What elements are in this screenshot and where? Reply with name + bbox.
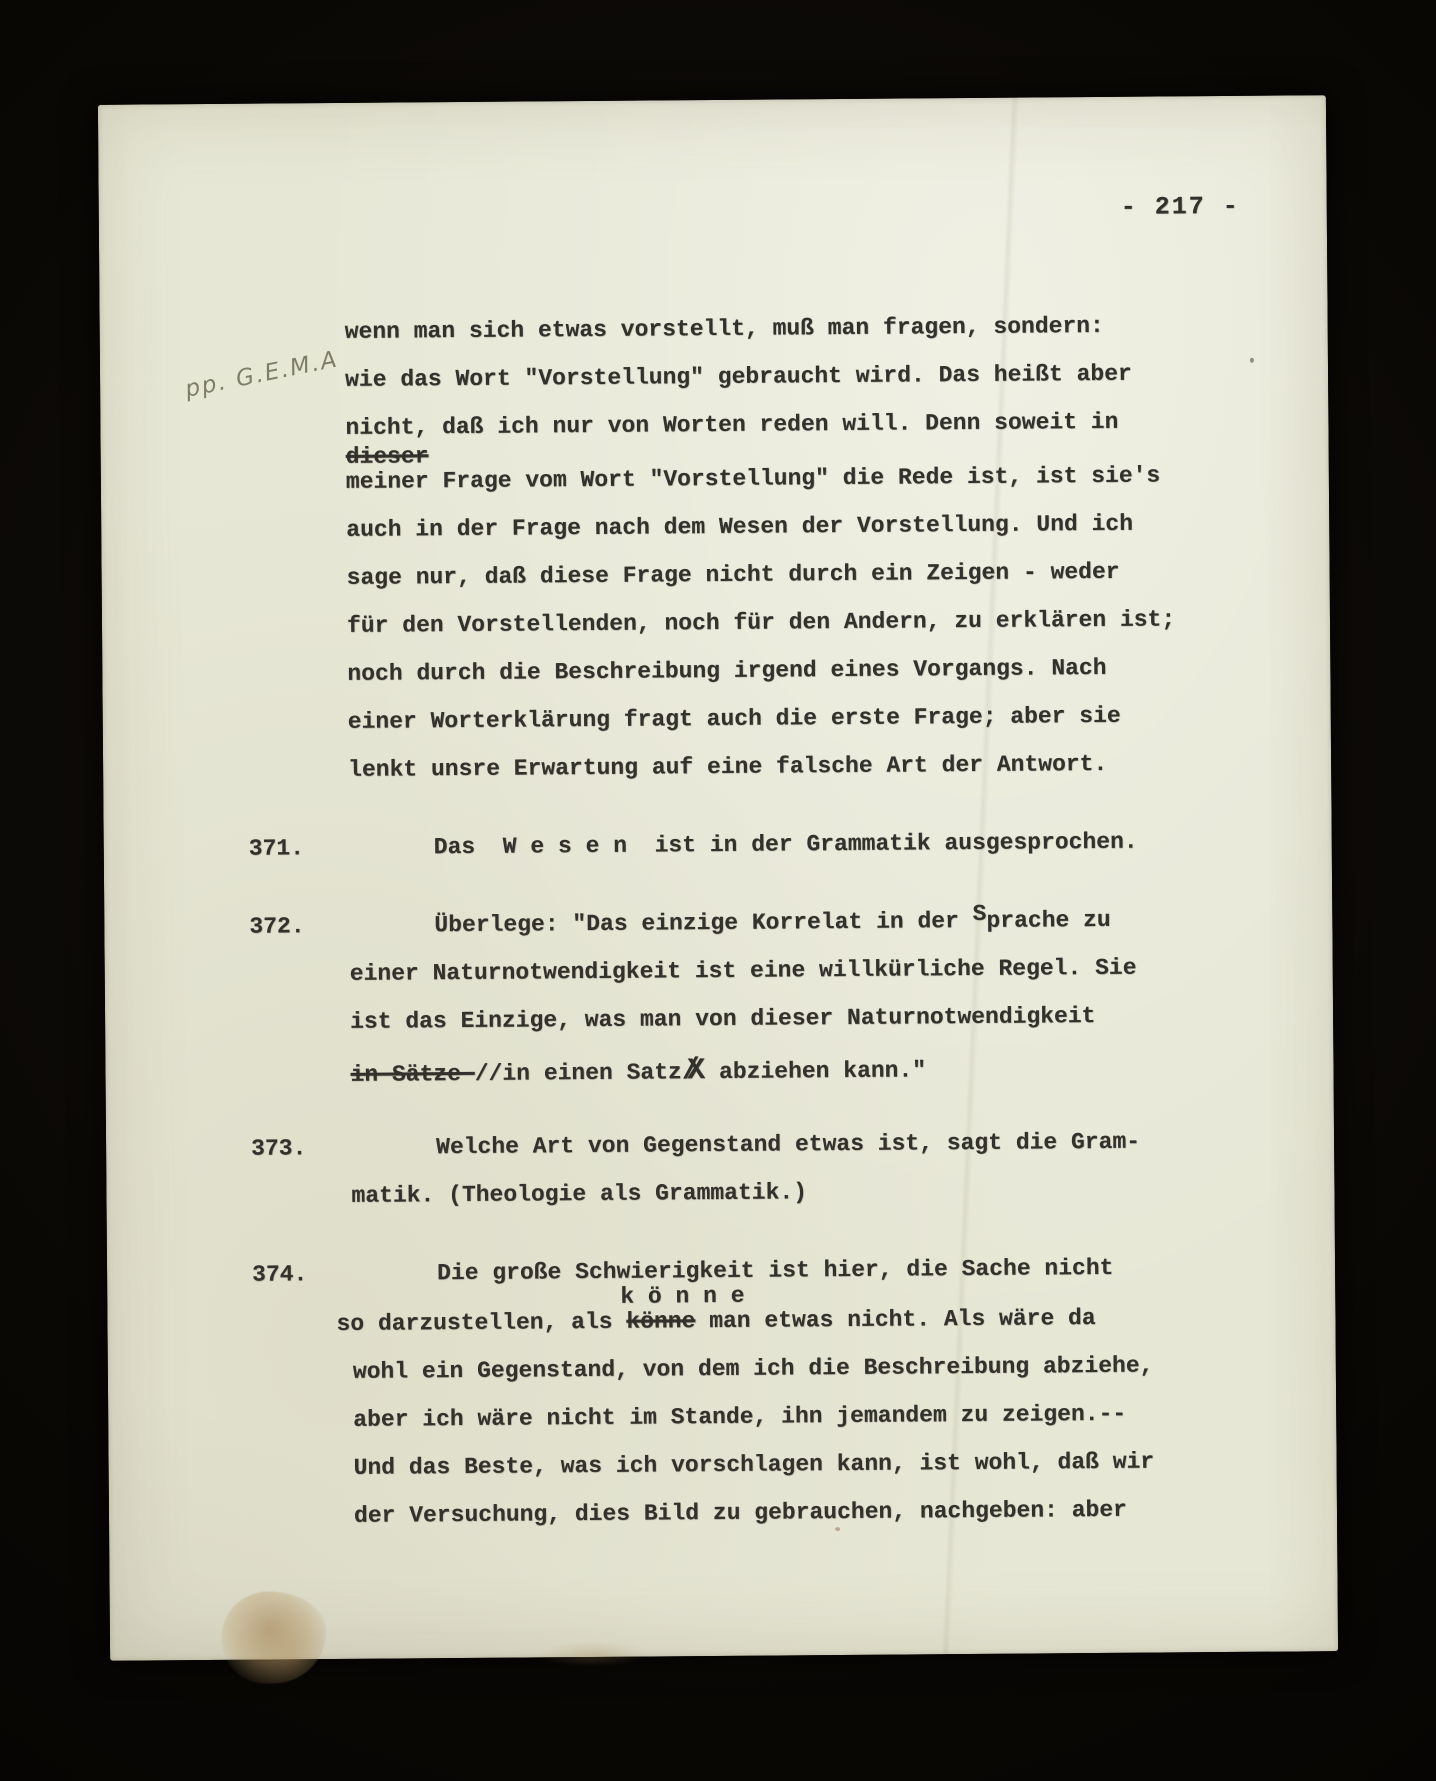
typed-text-segment: man etwas nicht. Als wäre da <box>695 1305 1095 1334</box>
text-line: in Sätze //in einen Satz/X abziehen kann… <box>350 1050 1280 1105</box>
text-line: aber ich wäre nicht im Stande, ihn jeman… <box>353 1400 1283 1455</box>
typed-text-segment: lenkt unsre Erwartung auf eine falsche A… <box>348 751 1107 783</box>
text-line: wenn man sich etwas vorstellt, muß man f… <box>345 312 1275 367</box>
document-page: - 217 - pp. G.E.M.A wenn man sich etwas … <box>98 95 1338 1661</box>
typed-text-segment: für den Vorstellenden, noch für den Ande… <box>347 606 1175 639</box>
typed-text-segment: S <box>972 901 986 927</box>
text-line: einer Naturnotwendigkeit ist eine willkü… <box>350 954 1280 1009</box>
typed-text-segment: matik. (Theologie als Grammatik.) <box>351 1179 807 1209</box>
typed-text-segment: ist das Einzige, was man von dieser Natu… <box>350 1003 1096 1035</box>
section-number: 371. <box>249 835 304 861</box>
typed-text-segment: einer Worterklärung fragt auch die erste… <box>348 703 1121 735</box>
typed-text-segment: so darzustellen, als <box>336 1309 626 1337</box>
text-line: Und das Beste, was ich vorschlagen kann,… <box>354 1448 1284 1503</box>
text-line: einer Worterklärung fragt auch die erste… <box>348 702 1278 757</box>
text-line: meiner Frage vom Wort "Vorstellung" die … <box>346 462 1276 517</box>
typed-text-segment: der Versuchung, dies Bild zu gebrauchen,… <box>354 1497 1127 1529</box>
text-line: wie das Wort "Vorstellung" gebraucht wir… <box>345 360 1275 415</box>
typed-text-segment: Welche Art von Gegenstand etwas ist, sag… <box>436 1129 1140 1161</box>
text-line: wohl ein Gegenstand, von dem ich die Bes… <box>353 1352 1283 1407</box>
section-line: 372.Überlege: "Das einzige Korrelat in d… <box>349 906 1279 961</box>
struck-text: könne <box>626 1308 695 1335</box>
photo-background: - 217 - pp. G.E.M.A wenn man sich etwas … <box>0 0 1436 1781</box>
typed-text-segment: /X <box>682 1054 706 1088</box>
typed-text-segment: //in einen Satz <box>475 1059 682 1087</box>
paper-stain <box>222 1591 327 1684</box>
section-line: 373.Welche Art von Gegenstand etwas ist,… <box>351 1128 1281 1183</box>
typed-text-segment: einer Naturnotwendigkeit ist eine willkü… <box>350 955 1137 987</box>
struck-text: in Sätze <box>350 1061 474 1088</box>
text-line: sage nur, daß diese Frage nicht durch ei… <box>347 558 1277 613</box>
text-line: auch in der Frage nach dem Wesen der Vor… <box>346 510 1276 565</box>
typed-text-segment: aber ich wäre nicht im Stande, ihn jeman… <box>353 1401 1126 1433</box>
typed-text-segment: Überlege: "Das einzige Korrelat in der <box>434 908 972 938</box>
paper-speck <box>1250 358 1254 363</box>
handwritten-annotation: pp. G.E.M.A <box>183 346 341 402</box>
typed-text-segment: abziehen kann." <box>705 1057 926 1085</box>
paper-speck <box>835 1527 840 1531</box>
text-line: für den Vorstellenden, noch für den Ande… <box>347 606 1277 661</box>
typed-text-segment: Und das Beste, was ich vorschlagen kann,… <box>354 1449 1155 1481</box>
typed-text-segment: wohl ein Gegenstand, von dem ich die Bes… <box>353 1353 1154 1385</box>
section-number: 374. <box>252 1261 307 1287</box>
typed-text-segment: prache zu <box>986 907 1110 934</box>
typed-text-segment: auch in der Frage nach dem Wesen der Vor… <box>346 511 1133 543</box>
typed-text: wenn man sich etwas vorstellt, muß man f… <box>345 312 1285 1551</box>
section-line: 371.Das W e s e n ist in der Grammatik a… <box>349 828 1279 883</box>
text-line: so darzustellen, als könne man etwas nic… <box>336 1304 1282 1359</box>
text-line: ist das Einzige, was man von dieser Natu… <box>350 1002 1280 1057</box>
text-line: matik. (Theologie als Grammatik.) <box>351 1176 1281 1231</box>
typed-text-segment: sage nur, daß diese Frage nicht durch ei… <box>347 559 1120 591</box>
section-number: 373. <box>251 1135 306 1161</box>
typed-text-segment: noch durch die Beschreibung irgend eines… <box>347 655 1106 687</box>
typed-text-segment: wenn man sich etwas vorstellt, muß man f… <box>345 313 1104 345</box>
section-number: 372. <box>249 913 304 939</box>
typed-text-segment: wie das Wort "Vorstellung" gebraucht wir… <box>345 361 1132 393</box>
text-line: der Versuchung, dies Bild zu gebrauchen,… <box>354 1496 1284 1551</box>
typed-text-segment: k ö n n e <box>620 1283 744 1310</box>
struck-text: dieser <box>346 443 429 470</box>
page-number: - 217 - <box>1121 192 1240 222</box>
typed-text-segment: meiner Frage vom Wort "Vorstellung" die … <box>346 463 1161 495</box>
typed-text-segment: nicht, daß ich nur von Worten reden will… <box>345 409 1118 441</box>
typed-text-segment: Das W e s e n ist in der Grammatik ausge… <box>434 829 1138 861</box>
text-line: lenkt unsre Erwartung auf eine falsche A… <box>348 750 1278 805</box>
paper-stain-small <box>538 1641 648 1668</box>
text-line: noch durch die Beschreibung irgend eines… <box>347 654 1277 709</box>
